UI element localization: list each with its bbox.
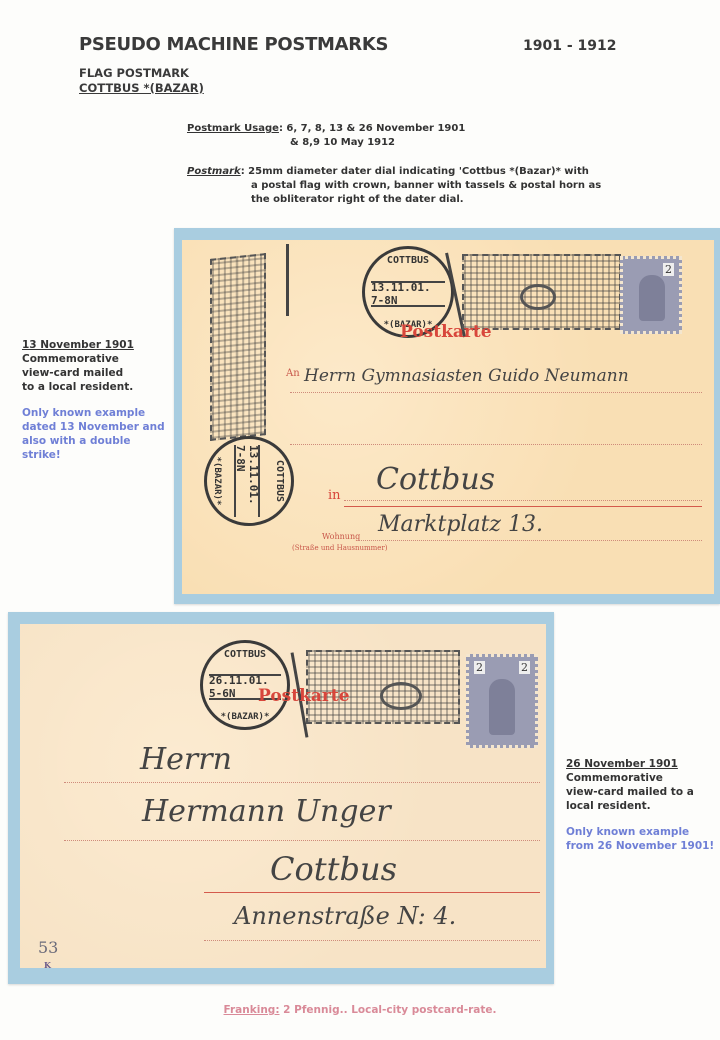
city-rule <box>204 892 540 893</box>
page-title: PSEUDO MACHINE POSTMARKS <box>79 34 388 55</box>
catalog-mark: K <box>44 960 51 970</box>
in-label: in <box>328 488 341 503</box>
usage-dates-2: & 8,9 10 May 1912 <box>187 136 465 150</box>
postcard-26-november: COTTBUS 26.11.01. 5-6N *(BAZAR)* Postkar… <box>20 624 546 968</box>
postmark-dial-vertical: COTTBUS 13.11.01. 7-8N *(BAZAR)* <box>204 436 294 526</box>
wohnung-label: Wohnung <box>322 532 360 541</box>
flag-pole-vertical <box>286 244 289 316</box>
city-rule <box>344 506 702 507</box>
address-rule-1 <box>290 392 702 393</box>
usage-dates: : 6, 7, 8, 13 & 26 November 1901 <box>279 123 465 134</box>
franking-text: 2 Pfennig.. Local-city postcard-rate. <box>280 1004 497 1016</box>
note-line: view-card mailed to a <box>566 785 716 799</box>
postmark-type: FLAG POSTMARK <box>79 66 204 81</box>
note-date: 13 November 1901 <box>22 338 172 352</box>
address-rule-2 <box>64 840 540 841</box>
postkarte-heading: Postkarte <box>258 686 350 706</box>
note-line: view-card mailed <box>22 366 172 380</box>
postmark-usage: Postmark Usage: 6, 7, 8, 13 & 26 Novembe… <box>187 122 465 150</box>
street-rule <box>204 940 540 941</box>
address-rule-2 <box>290 444 702 445</box>
note-highlight: Only known example dated 13 November and… <box>22 406 172 462</box>
postcard-mount-top: COTTBUS 13.11.01. 7-8N *(BAZAR)* COTTBUS… <box>174 228 720 604</box>
note-line: local resident. <box>566 799 716 813</box>
city-handwritten: Cottbus <box>376 462 495 497</box>
germania-figure <box>639 275 665 321</box>
salutation-handwritten: Herrn <box>140 742 232 777</box>
address-line-1: Herrn Gymnasiasten Guido Neumann <box>304 366 629 386</box>
desc-line-2: a postal flag with crown, banner with ta… <box>187 179 601 193</box>
postcard-mount-bottom: COTTBUS 26.11.01. 5-6N *(BAZAR)* Postkar… <box>8 612 554 984</box>
name-handwritten: Hermann Unger <box>142 794 391 829</box>
address-rule-1 <box>64 782 540 783</box>
postmark-dial: COTTBUS 26.11.01. 5-6N *(BAZAR)* <box>200 640 290 730</box>
street-rule <box>358 540 702 541</box>
desc-line-3: the obliterator right of the dater dial. <box>187 193 601 207</box>
to-prefix: An <box>286 368 300 379</box>
stamp-germania-2pf: 2 <box>620 256 682 334</box>
catalog-number: 53 <box>38 938 58 957</box>
postal-horn-icon <box>380 682 422 710</box>
desc-line-1: : 25mm diameter dater dial indicating 'C… <box>241 166 589 177</box>
flag-strike-vertical <box>210 253 266 441</box>
note-line: Commemorative <box>566 771 716 785</box>
note-26-november: 26 November 1901 Commemorative view-card… <box>566 757 716 853</box>
date-range: 1901 - 1912 <box>523 38 617 54</box>
postcard-13-november: COTTBUS 13.11.01. 7-8N *(BAZAR)* COTTBUS… <box>182 240 714 594</box>
germania-figure <box>489 679 515 735</box>
note-line: to a local resident. <box>22 380 172 394</box>
city-handwritten: Cottbus <box>270 850 397 888</box>
street-handwritten: Marktplatz 13. <box>378 512 543 537</box>
note-highlight: Only known example from 26 November 1901… <box>566 825 716 853</box>
stamp-germania-2pf: 2 2 <box>466 654 538 748</box>
postmark-description: Postmark: 25mm diameter dater dial indic… <box>187 165 601 207</box>
street-handwritten: Annenstraße N: 4. <box>234 902 456 930</box>
wohnung-sub: (Straße und Hausnummer) <box>292 544 388 552</box>
postkarte-heading: Postkarte <box>400 322 492 342</box>
postmark-label: Postmark <box>187 166 241 177</box>
postal-horn-icon <box>520 284 556 310</box>
franking-label: Franking: <box>224 1004 280 1016</box>
postmark-location: COTTBUS *(BAZAR) <box>79 81 204 96</box>
note-line: Commemorative <box>22 352 172 366</box>
note-date: 26 November 1901 <box>566 757 716 771</box>
note-13-november: 13 November 1901 Commemorative view-card… <box>22 338 172 462</box>
city-rule-dotted <box>344 500 702 501</box>
subtitle-block: FLAG POSTMARK COTTBUS *(BAZAR) <box>79 66 204 96</box>
usage-label: Postmark Usage <box>187 123 279 134</box>
franking-note: Franking: 2 Pfennig.. Local-city postcar… <box>0 1004 720 1016</box>
